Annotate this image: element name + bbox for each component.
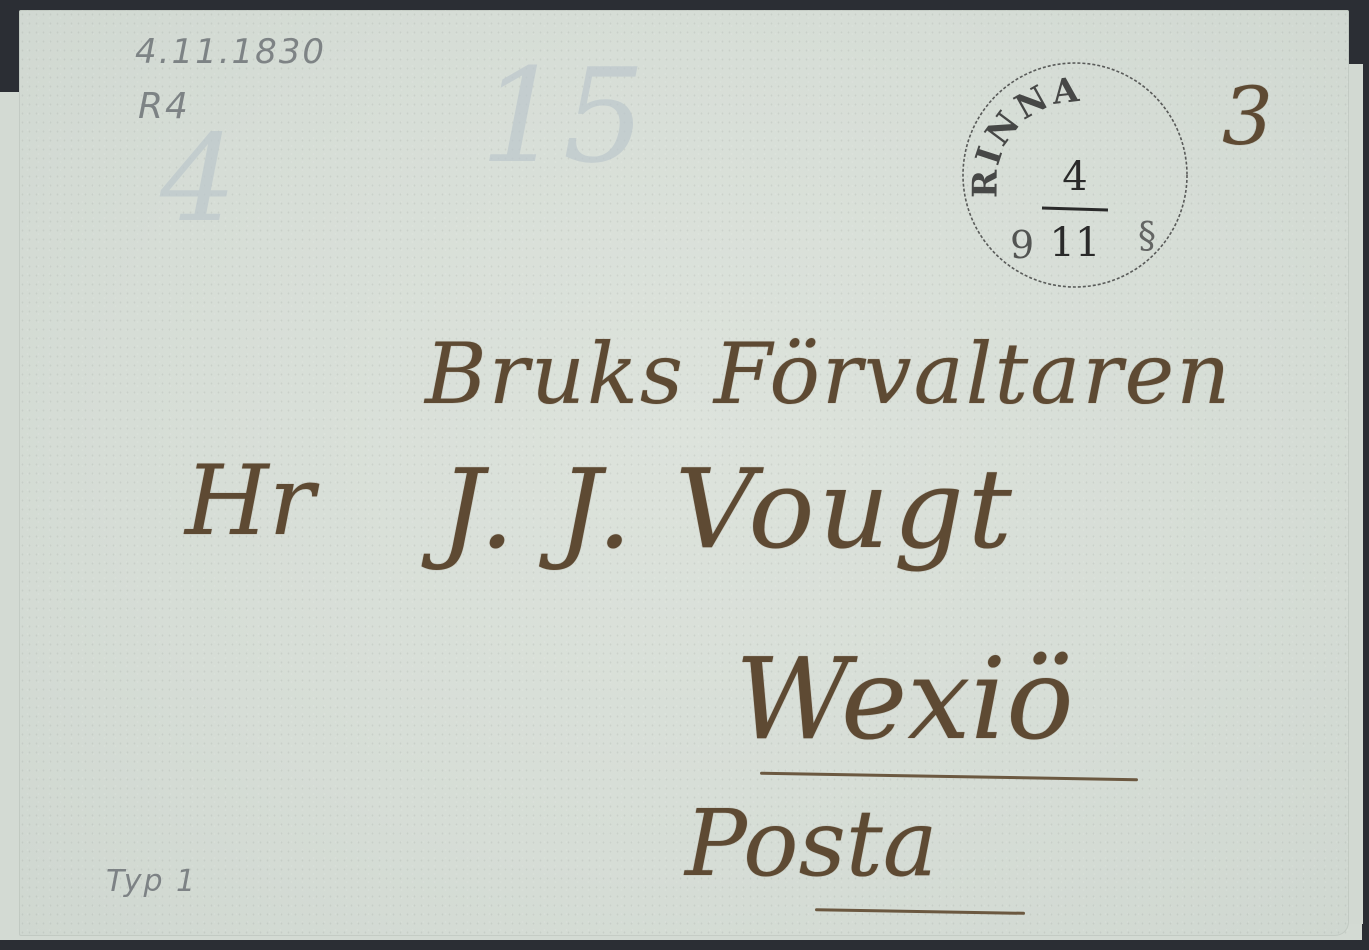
postmark-stamp-icon: RINNA 4 11 9 §	[958, 58, 1192, 292]
pencil-type-note: Typ 1	[106, 864, 197, 899]
address-routing: Posta	[685, 790, 938, 897]
address-title-line: Bruks Förvaltaren	[425, 325, 1232, 423]
faint-pencil-mark-center: 15	[480, 40, 645, 192]
address-recipient-name: J. J. Vougt	[440, 445, 1016, 573]
address-city: Wexiö	[735, 635, 1074, 765]
postmark-left-fragment: 9	[1010, 223, 1034, 267]
pencil-reference-note: R4	[138, 86, 190, 127]
address-salutation: Hr	[185, 445, 315, 557]
postmark-month: 11	[1050, 220, 1101, 266]
rate-mark: 3	[1222, 70, 1273, 163]
circular-postmark: RINNA 4 11 9 §	[958, 58, 1192, 292]
pencil-date-note: 4.11.1830	[135, 32, 326, 72]
faint-pencil-mark-left: 4	[160, 110, 236, 249]
postmark-day: 4	[1062, 154, 1087, 200]
svg-text:§: §	[1138, 216, 1156, 257]
